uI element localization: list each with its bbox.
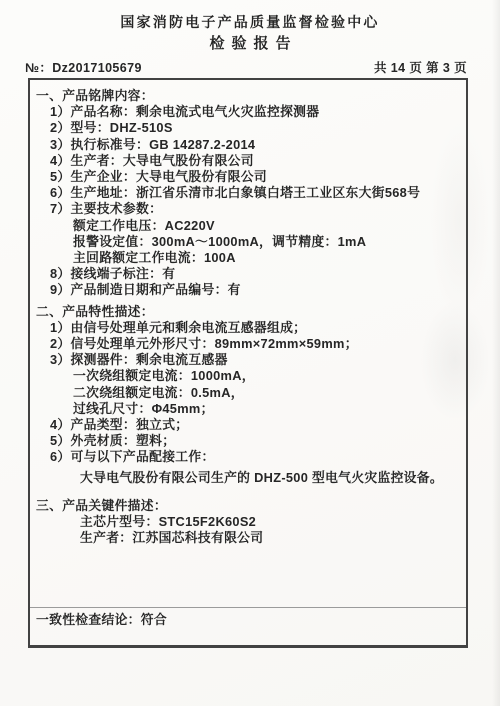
content-box: 一、产品铭牌内容： 1）产品名称：剩余电流式电气火灾监控探测器 2）型号：DHZ… <box>28 78 468 648</box>
report-number-label: №： <box>25 61 52 75</box>
section3-line-1: 主芯片型号：STC15F2K60S2 <box>30 514 466 530</box>
section1-item-7-sub-3: 主回路额定工作电流：100A <box>30 250 466 266</box>
section2-title: 二、产品特性描述： <box>30 304 466 320</box>
section2-item-3: 3）探测器件：剩余电流互感器 <box>30 352 466 368</box>
section2-item-2: 2）信号处理单元外形尺寸：89mm×72mm×59mm； <box>30 336 466 352</box>
section1-item-6: 6）生产地址：浙江省乐清市北白象镇白塔王工业区东大街568号 <box>30 185 466 201</box>
section1-item-7-sub-1: 额定工作电压：AC220V <box>30 218 466 234</box>
section2-item-3-sub-1: 一次绕组额定电流：1000mA， <box>30 368 466 384</box>
section1-item-2: 2）型号：DHZ-510S <box>30 120 466 136</box>
section1-title: 一、产品铭牌内容： <box>30 88 466 104</box>
footer-divider <box>30 607 466 608</box>
section1-item-7: 7）主要技术参数： <box>30 201 466 217</box>
conclusion-text: 一致性检查结论：符合 <box>30 612 466 628</box>
section1-item-1: 1）产品名称：剩余电流式电气火灾监控探测器 <box>30 104 466 120</box>
section2-item-3-sub-2: 二次绕组额定电流：0.5mA， <box>30 385 466 401</box>
inspection-report-page: 国家消防电子产品质量监督检验中心 检验报告 №：Dz2017105679 共 1… <box>0 0 500 706</box>
org-title: 国家消防电子产品质量监督检验中心 <box>0 12 500 32</box>
section1-item-3: 3）执行标准号：GB 14287.2-2014 <box>30 137 466 153</box>
section1-item-9: 9）产品制造日期和产品编号：有 <box>30 282 466 298</box>
pagination: 共 14 页 第 3 页 <box>374 58 467 76</box>
section1-item-5: 5）生产企业：大导电气股份有限公司 <box>30 169 466 185</box>
section1-item-8: 8）接线端子标注：有 <box>30 266 466 282</box>
content-body: 一、产品铭牌内容： 1）产品名称：剩余电流式电气火灾监控探测器 2）型号：DHZ… <box>30 80 466 546</box>
section3-line-2: 生产者：江苏国芯科技有限公司 <box>30 530 466 546</box>
section2-item-6-sub-1: 大导电气股份有限公司生产的 DHZ-500 型电气火灾监控设备。 <box>30 470 466 486</box>
doc-title: 检验报告 <box>0 32 500 53</box>
scan-edge-shadow <box>492 0 500 706</box>
section3-title: 三、产品关键件描述： <box>30 498 466 514</box>
conclusion-row: 一致性检查结论：符合 <box>30 612 466 628</box>
report-number: №：Dz2017105679 <box>25 58 142 76</box>
section1-item-4: 4）生产者：大导电气股份有限公司 <box>30 153 466 169</box>
section1-item-7-sub-2: 报警设定值：300mA～1000mA，调节精度：1mA <box>30 234 466 250</box>
section2-item-6: 6）可与以下产品配接工作： <box>30 449 466 465</box>
section2-item-1: 1）由信号处理单元和剩余电流互感器组成； <box>30 320 466 336</box>
section2-item-5: 5）外壳材质：塑料； <box>30 433 466 449</box>
report-number-value: Dz2017105679 <box>52 61 142 75</box>
section2-item-3-sub-3: 过线孔尺寸：Φ45mm； <box>30 401 466 417</box>
section2-item-4: 4）产品类型：独立式； <box>30 417 466 433</box>
meta-row: №：Dz2017105679 共 14 页 第 3 页 <box>25 58 467 76</box>
